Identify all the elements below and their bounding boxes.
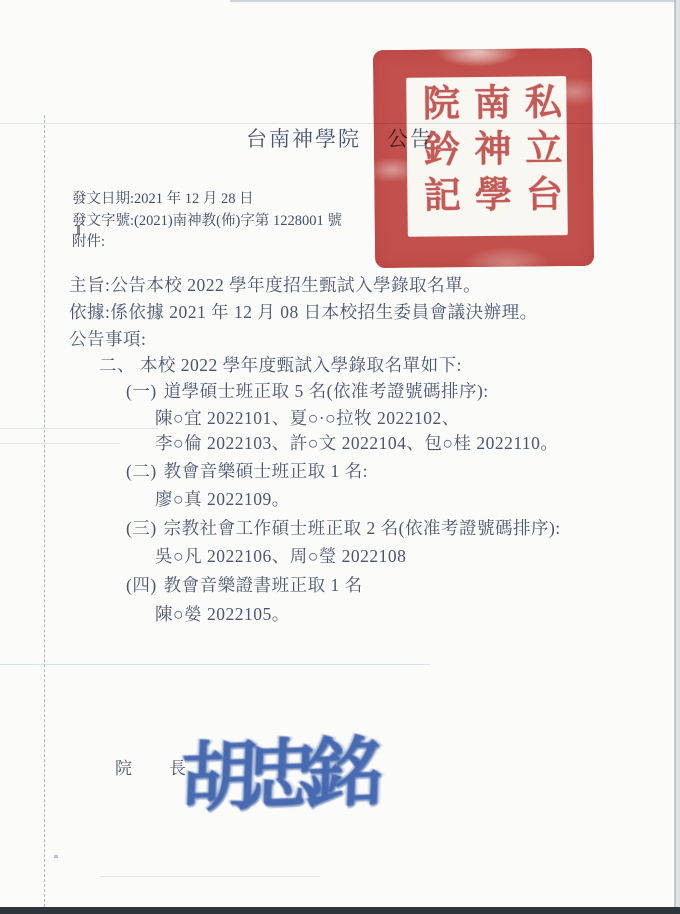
bottom-scan-edge [0,907,680,914]
top-scan-edge [230,0,680,2]
faint-line-artifact-3 [0,443,120,444]
section-2-names-line-1: 廖○真 2022109。 [155,486,290,511]
section-2-number: (二) [126,461,157,481]
section-3-heading: (三)宗教社會工作碩士班正取 2 名(依准考證號碼排序): [126,515,561,540]
section-4-title: 教會音樂證書班正取 1 名 [164,575,363,595]
section-1-names-line-1: 陳○宜 2022101、夏○·○拉牧 2022102、 [155,405,460,430]
section-2-heading: (二)教會音樂碩士班正取 1 名: [126,458,368,483]
document-meta: 發文日期:2021 年 12 月 28 日 發文字號:(2021)南神教(佈)字… [72,189,342,254]
announcement-heading: 公告事項: [69,326,146,351]
basis-line: 依據:係依據 2021 年 12 月 08 日本校招生委員會議決辦理。 [69,299,538,324]
section-3-names-line-1: 吳○凡 2022106、周○瑩 2022108 [155,543,406,568]
section-1-title: 道學碩士班正取 5 名(依准考證號碼排序): [164,381,489,401]
right-scan-edge-line [674,0,676,914]
meta-attachment: 附件: [72,232,342,254]
item-heading: 二、 本校 2022 學年度甄試入學錄取名單如下: [99,352,462,377]
seal-inner-field: 私立台 南神學 院鈐記 [406,76,568,237]
section-1-heading: (一)道學碩士班正取 5 名(依准考證號碼排序): [126,378,489,403]
scanned-announcement-page: 台南神學院公告 發文日期:2021 年 12 月 28 日 發文字號:(2021… [0,0,680,914]
ink-speck-artifact-2 [54,855,58,858]
subject-line: 主旨:公告本校 2022 學年度招生甄試入學錄取名單。 [69,272,481,297]
seal-column-left: 院鈐記 [411,83,464,235]
section-4-number: (四) [126,575,157,595]
meta-issue-date: 發文日期:2021 年 12 月 28 日 [72,189,342,211]
ink-speck-artifact-1 [77,225,80,235]
faint-line-artifact-4 [0,664,430,665]
section-1-names-line-2: 李○倫 2022103、許○文 2022104、包○桂 2022110。 [155,430,558,455]
president-signature: 胡忠銘 [179,711,372,827]
section-4-heading: (四)教會音樂證書班正取 1 名 [126,572,363,597]
meta-doc-number: 發文字號:(2021)南神教(佈)字第 1228001 號 [72,211,342,233]
seal-column-middle: 南神學 [462,83,515,235]
seal-text: 私立台 南神學 院鈐記 [408,82,566,235]
faint-line-artifact-2 [0,428,158,429]
faint-line-artifact-5 [100,876,320,877]
section-3-number: (三) [126,518,157,538]
seal-column-right: 私立台 [513,82,566,234]
section-3-title: 宗教社會工作碩士班正取 2 名(依准考證號碼排序): [164,518,561,538]
section-1-number: (一) [126,381,157,401]
section-2-title: 教會音樂碩士班正取 1 名: [164,461,368,481]
left-fold-line-artifact [44,115,45,907]
official-seal-stamp: 私立台 南神學 院鈐記 [373,48,594,268]
section-4-names-line-1: 陳○嫈 2022105。 [155,601,290,626]
organization-name: 台南神學院 [246,127,361,151]
